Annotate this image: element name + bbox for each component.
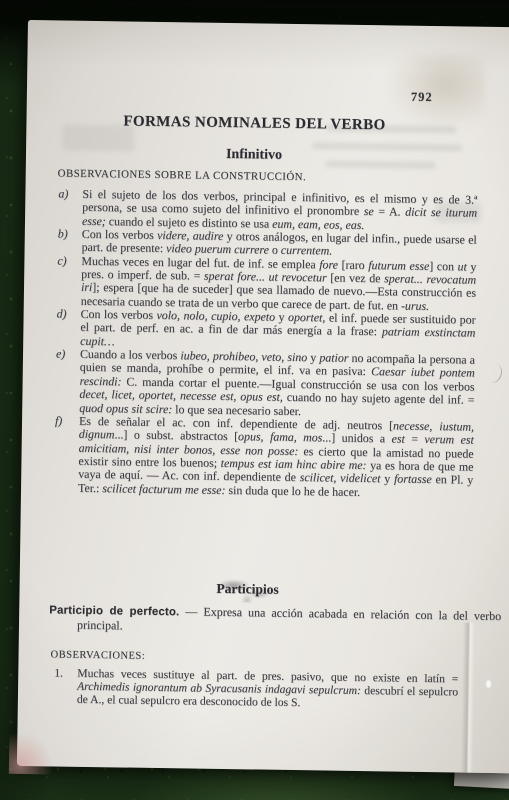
observation-text: Muchas veces en lugar del fut. de inf. s… (81, 255, 477, 314)
observation-item-e: e) Cuando a los verbos iubeo, prohibeo, … (55, 348, 475, 421)
glare-highlight (486, 680, 491, 688)
page-content: 792 FORMAS NOMINALES DEL VERBO Infinitiv… (17, 20, 484, 773)
photo-viewport: 792 FORMAS NOMINALES DEL VERBO Infinitiv… (0, 0, 509, 800)
observation-label: d) (56, 308, 81, 348)
observation-list: a) Si el sujeto de los dos verbos, princ… (54, 187, 478, 500)
observation-label: f) (54, 414, 79, 494)
observation-label: e) (55, 348, 80, 415)
observation-number: 1. (54, 666, 78, 706)
observation-text: Muchas veces sustituye al part. de pres.… (77, 667, 459, 712)
numbered-observation-item-1: 1. Muchas veces sustituye al part. de pr… (54, 666, 459, 712)
page-subtitle: Infinitivo (26, 144, 482, 167)
observation-label: a) (58, 187, 83, 227)
observation-text: Es de señalar el ac. con inf. dependient… (78, 415, 474, 501)
observation-label: b) (58, 227, 82, 254)
book-page: 792 FORMAS NOMINALES DEL VERBO Infinitiv… (17, 20, 509, 773)
observaciones-heading: OBSERVACIONES: (51, 649, 146, 661)
page-curl-mark (482, 361, 505, 385)
participio-perfecto-paragraph: Participio de perfecto. — Expresa una ac… (49, 602, 501, 638)
observation-item-f: f) Es de señalar el ac. con inf. dependi… (54, 414, 474, 500)
page-title: FORMAS NOMINALES DEL VERBO (26, 112, 482, 136)
participios-heading: Participios (19, 578, 475, 601)
observation-item-c: c) Muchas veces en lugar del fut. de inf… (57, 254, 477, 314)
section-heading-construccion: OBSERVACIONES SOBRE LA CONSTRUCCIÓN. (58, 167, 307, 183)
observation-label: c) (57, 254, 82, 308)
numbered-observation-list: 1. Muchas veces sustituye al part. de pr… (54, 666, 459, 712)
page-number: 792 (411, 90, 433, 105)
observation-text: Cuando a los verbos iubeo, prohibeo, vet… (79, 348, 475, 421)
